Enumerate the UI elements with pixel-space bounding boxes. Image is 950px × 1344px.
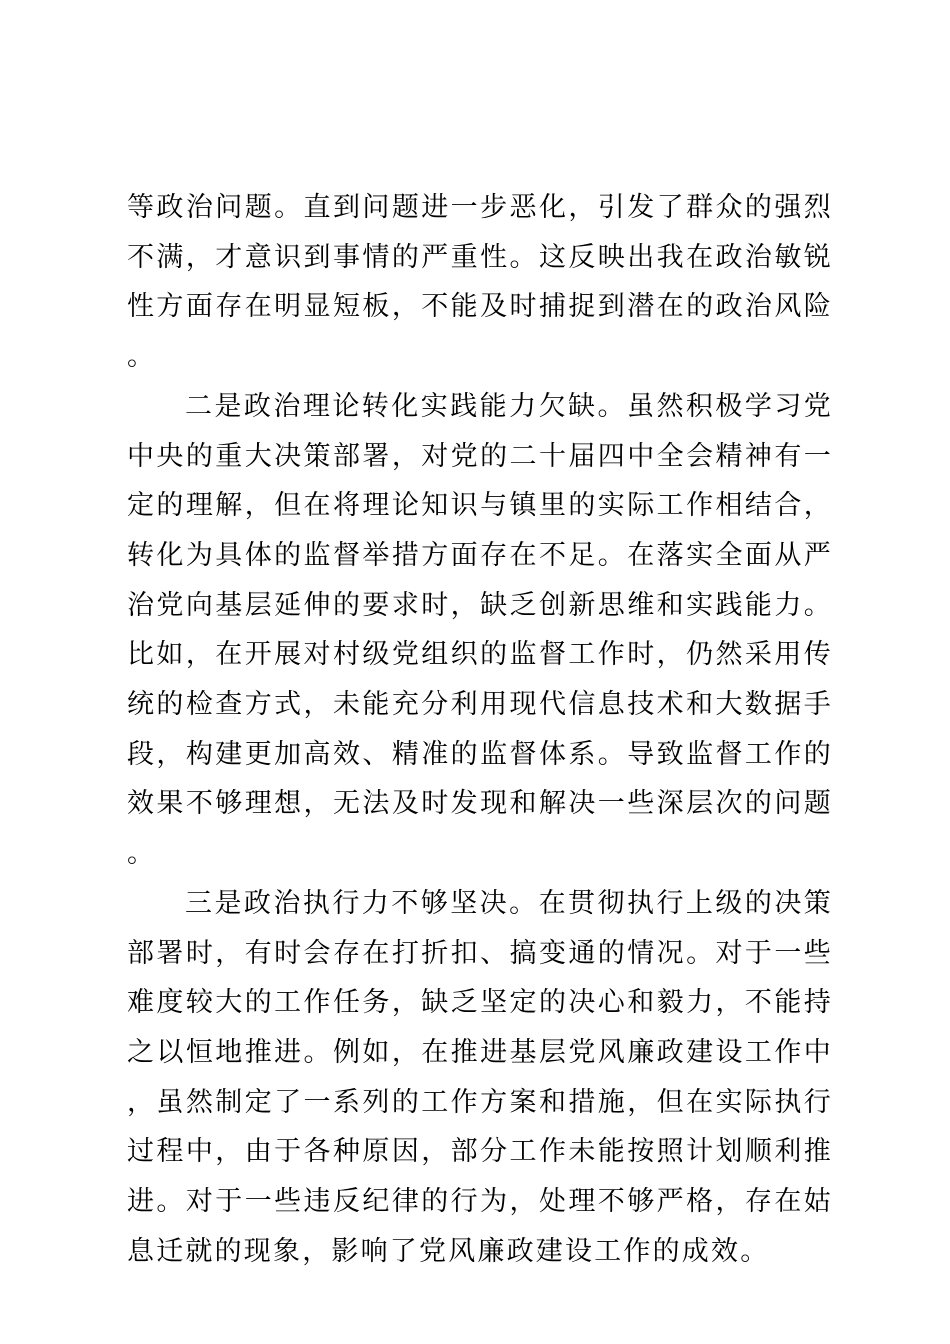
paragraph-point-two: 二是政治理论转化实践能力欠缺。虽然积极学习党中央的重大决策部署，对党的二十届四中… <box>127 382 833 879</box>
paragraph-point-three: 三是政治执行力不够坚决。在贯彻执行上级的决策部署时，有时会存在打折扣、搞变通的情… <box>127 879 833 1277</box>
paragraph-continuation: 等政治问题。直到问题进一步恶化，引发了群众的强烈不满，才意识到事情的严重性。这反… <box>127 183 833 382</box>
document-page: 等政治问题。直到问题进一步恶化，引发了群众的强烈不满，才意识到事情的严重性。这反… <box>127 183 833 1276</box>
